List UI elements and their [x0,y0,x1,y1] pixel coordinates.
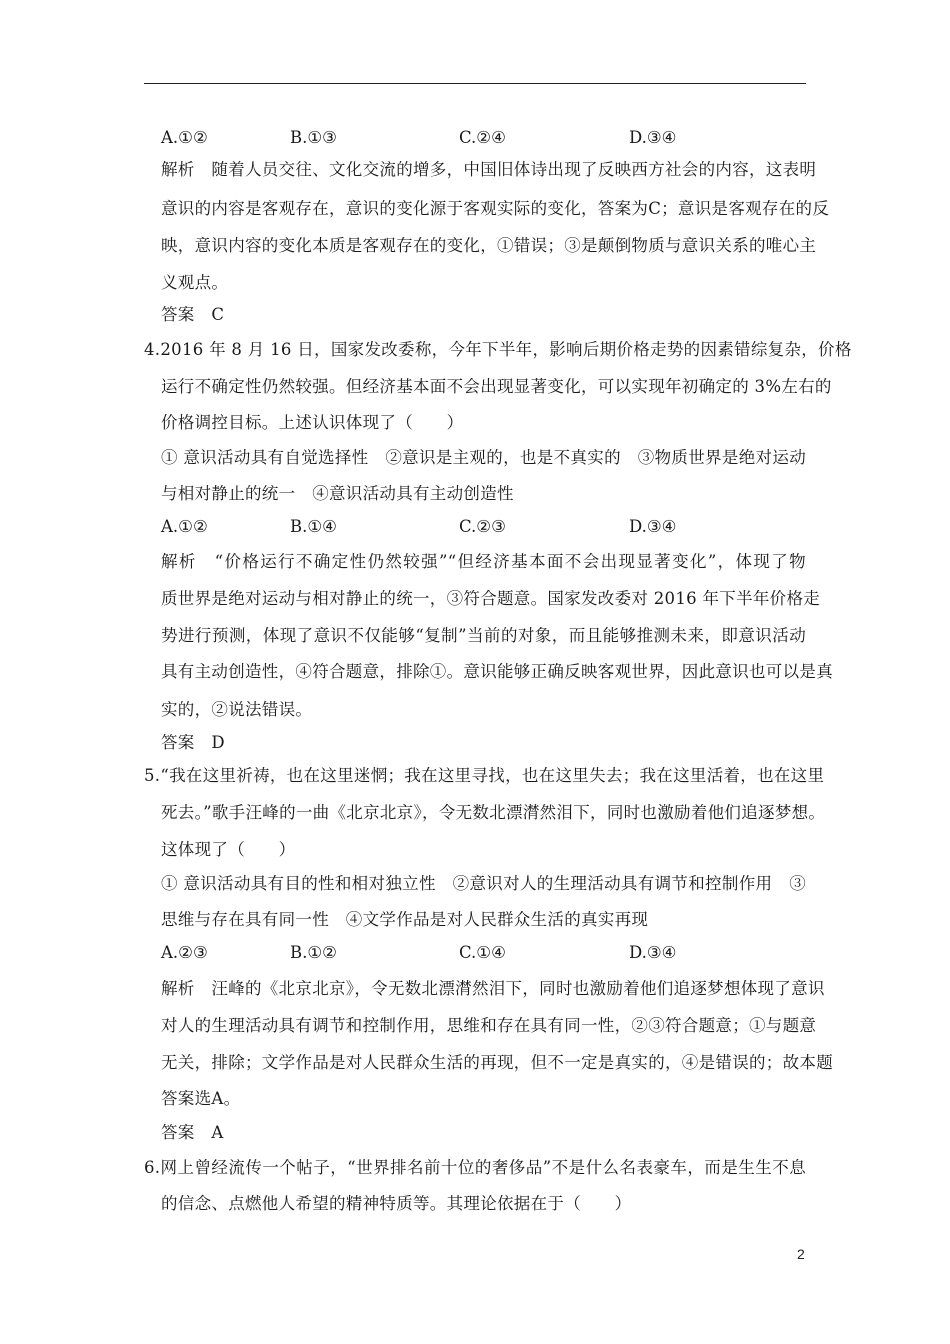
q3-analysis-line: 意识的内容是客观存在，意识的变化源于客观实际的变化，答案为C；意识是客观存在的反 [161,199,806,219]
q4-option-c: C.②③ [459,517,506,537]
q4-analysis-line: 势进行预测，体现了意识不仅能够“复制”当前的对象，而且能够推测未来，即意识活动 [161,626,806,646]
q3-option-a: A.①② [161,128,208,148]
q4-analysis-line: 具有主动创造性，④符合题意，排除①。意识能够正确反映客观世界，因此意识也可以是真 [161,662,806,682]
q4-analysis-line: 解析 “价格运行不确定性仍然较强”“但经济基本面不会出现显著变化”，体现了物 [161,552,806,572]
q6-stem-line: 6.网上曾经流传一个帖子，“世界排名前十位的奢侈品”不是什么名表豪车，而是生生不… [144,1158,806,1178]
q4-statement-line: 与相对静止的统一 ④意识活动具有主动创造性 [161,484,514,504]
q5-answer: 答案 A [161,1123,224,1143]
q5-option-d: D.③④ [629,943,676,963]
q3-answer: 答案 C [161,305,224,325]
q4-option-b: B.①④ [290,517,337,537]
q5-stem-line: 死去。”歌手汪峰的一曲《北京北京》，令无数北漂潸然泪下，同时也激励着他们追逐梦想… [161,803,806,823]
q4-option-d: D.③④ [629,517,676,537]
page-number: 2 [797,1246,805,1262]
q3-option-b: B.①③ [290,128,337,148]
q5-analysis-line: 解析 汪峰的《北京北京》，令无数北漂潸然泪下，同时也激励着他们追逐梦想体现了意识 [161,979,806,999]
q3-option-d: D.③④ [629,128,676,148]
q5-option-c: C.①④ [459,943,506,963]
q3-option-c: C.②④ [459,128,506,148]
q4-analysis-line: 质世界是绝对运动与相对静止的统一，③符合题意。国家发改委对 2016 年下半年价… [161,589,806,609]
q5-analysis-line: 答案选A。 [161,1089,240,1109]
q3-analysis-line: 映，意识内容的变化本质是客观存在的变化，①错误；③是颠倒物质与意识关系的唯心主 [161,236,806,256]
q5-statement-line: ① 意识活动具有目的性和相对独立性 ②意识对人的生理活动具有调节和控制作用 ③ [161,874,806,894]
q4-statement-line: ① 意识活动具有自觉选择性 ②意识是主观的，也是不真实的 ③物质世界是绝对运动 [161,448,806,468]
q5-analysis-line: 对人的生理活动具有调节和控制作用，思维和存在具有同一性，②③符合题意；①与题意 [161,1016,806,1036]
q4-analysis-line: 实的，②说法错误。 [161,700,312,720]
q5-analysis-line: 无关，排除；文学作品是对人民群众生活的再现，但不一定是真实的，④是错误的；故本题 [161,1053,806,1073]
q5-statement-line: 思维与存在具有同一性 ④文学作品是对人民群众生活的真实再现 [161,910,648,930]
q5-option-a: A.②③ [161,943,208,963]
q4-option-a: A.①② [161,517,208,537]
q4-stem-line: 运行不确定性仍然较强。但经济基本面不会出现显著变化，可以实现年初确定的 3%左右… [161,377,806,397]
q3-analysis-line: 解析 随着人员交往、文化交流的增多，中国旧体诗出现了反映西方社会的内容，这表明 [161,160,806,180]
q5-option-b: B.①② [290,943,337,963]
q4-stem-line: 价格调控目标。上述认识体现了（ ） [161,413,463,433]
q6-stem-line: 的信念、点燃他人希望的精神特质等。其理论依据在于（ ） [161,1194,631,1214]
q5-stem-line: 5.“我在这里祈祷，也在这里迷惘；我在这里寻找，也在这里失去；我在这里活着，也在… [144,766,806,786]
q3-analysis-line: 义观点。 [161,273,228,293]
q4-stem-line: 4.2016 年 8 月 16 日，国家发改委称，今年下半年，影响后期价格走势的… [144,340,806,360]
q4-answer: 答案 D [161,733,225,753]
q5-stem-line: 这体现了（ ） [161,840,295,860]
header-rule [144,83,806,84]
